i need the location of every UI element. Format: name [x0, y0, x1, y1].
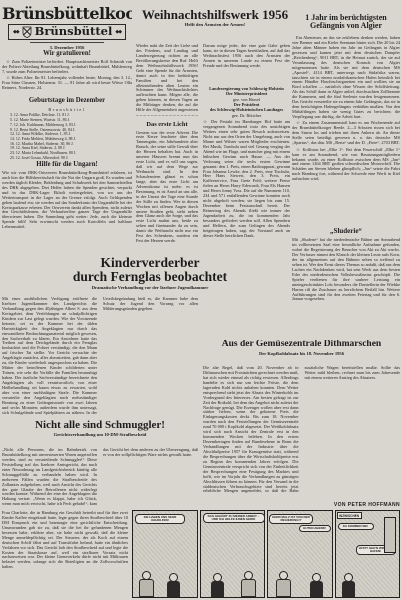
headline-line: Nicht alle sind Schmuggler! [2, 420, 198, 431]
ornament-right: ◆◆ [115, 29, 121, 35]
article-body: Mit einer ausführlichen Verfügung eröffn… [2, 297, 198, 416]
headline-line: Kinderverderber [30, 256, 270, 270]
issue-date: 3. Dezember 1956 [30, 42, 104, 50]
comic-credit: VON PETER HOFFMANN [250, 502, 400, 508]
article-body: „Nicht alle Personen, die im Bahnbezirk … [2, 448, 198, 508]
masthead: Brünsbüttelkoog ◆◆ Brünsbüttel ◆◆ 3. Dez… [2, 6, 132, 50]
comic-panel: DAS GEHÖRT ZU MEINER ARBEIT – UND ICH HE… [200, 510, 266, 598]
comic-panel: HERR MALZ IST VON DER REGIERUNG!? GUTEN … [267, 510, 333, 598]
headline-kicker: Dramatische Verhandlung vor der Itzehoer… [30, 285, 270, 290]
masthead-title: Brünsbüttelkoog [2, 6, 132, 22]
article-gemuese-head: Aus der Gemüsezentrale Dithmarschen Der … [203, 340, 400, 358]
whw-text-a: Wieder naht die Zeit der Liebe und des F… [136, 44, 198, 112]
article-schmuggler-head: Nicht alle sind Schmuggler! Gerichtsverh… [2, 420, 198, 440]
speech-bubble: HERR MALZ IST VON DER REGIERUNG!? [269, 514, 313, 524]
article-gratulieren: Wir gratulieren! ☆ Zum Polizeimeister be… [2, 50, 132, 95]
paragraph: ☆ Kollision bei „Elbe 1“. Bei dem Feuers… [292, 148, 400, 183]
masthead-subtitle: Brünsbüttel [35, 26, 113, 38]
article-schmuggler-continuation: Frau Charlotte, die in Hamburg ein Gesch… [2, 511, 128, 600]
comic-figure [342, 573, 355, 597]
signature-block: Landesregierung von Schleswig-Holstein D… [203, 86, 290, 118]
article-body: Mit „Sluderie“ hat die niederdeutsche Bü… [292, 238, 400, 333]
comic-figure [310, 573, 323, 597]
article-gemuese-body: Die alte Regel, daß vom 20. November ab … [203, 366, 400, 498]
headline-kicker: Gerichtsverhandlung um 10-DM-Strafbesche… [2, 432, 198, 437]
article-body: ☆ Zum Polizeimeister befördert. Hauptwac… [2, 60, 132, 91]
comic-figure [211, 573, 224, 597]
comic-figure [167, 573, 180, 597]
speech-bubble: GUTEN ABEND! [299, 525, 331, 532]
comic-panel: SIE HABEN UNS SEHR GEHOLFEN! [132, 510, 198, 598]
main-headline: Weihnachtshilfswerk 1956 [136, 8, 294, 21]
article-kinderverderber-body: Mit einer ausführlichen Verfügung eröffn… [2, 297, 198, 416]
headline-line: Gefängnis von Algier [292, 22, 400, 30]
section-heading: Hilfe für die Ungarn! [2, 161, 132, 168]
article-schmuggler-body: „Nicht alle Personen, die im Bahnbezirk … [2, 448, 198, 508]
speech-bubble: DA KOMMEN SIE! [338, 523, 374, 530]
erste-licht-text: Gestern war der erste Advent. Die erste … [136, 131, 198, 249]
signature-line: des Schleswig-Holsteinischen Landtages [203, 107, 290, 112]
headline-line: durch Fernglas beobachtet [30, 270, 270, 284]
article-algier-head: 1 Jahr im berüchtigsten Gefängnis von Al… [292, 14, 400, 30]
wavy-separator: ~~~~~~~~~~~~~~~~~~~~~~~~ [136, 114, 198, 119]
article-whw-head: Weihnachtshilfswerk 1956 Helft den Ärmst… [136, 8, 294, 30]
ornament-left: ◆◆ [13, 29, 19, 35]
whw-text-b: Darum möge jeder, der eine gute Gabe geb… [203, 44, 290, 84]
door-shape [384, 517, 396, 553]
comic-panel: INZWISCHEN DA KOMMEN SIE! JETZT GEH'N WI… [335, 510, 401, 598]
paragraph: ☆ Zu einem Zusammenstoß kam es am Wochen… [292, 121, 400, 146]
article-sluderie: „Sluderie“ Mit „Sluderie“ hat die nieder… [292, 228, 400, 336]
article-body: Die alte Regel, daß vom 20. November ab … [203, 366, 400, 498]
list-item: 25. 12. Josef Gosau, Albersdorf, 90 J. [10, 156, 124, 159]
article-ungarn: Hilfe für die Ungarn! Wie wir vom DRK-Or… [2, 161, 132, 253]
section-heading: „Sluderie“ [292, 228, 400, 236]
article-kinderverderber-head: Kinderverderber durch Fernglas beobachte… [30, 256, 270, 292]
paragraph: ☆ Zum Polizeimeister befördert. Hauptwac… [2, 60, 132, 75]
section-heading: Wir gratulieren! [2, 50, 132, 57]
signature-line: gez. Dr. Böttcher [203, 113, 290, 118]
speech-bubble: SIE HABEN UNS SEHR GEHOLFEN! [135, 514, 185, 524]
paragraph: Ein Abenteuer, an das sie zeitlebens den… [292, 36, 400, 120]
masthead-crest-icon [22, 26, 32, 38]
masthead-strip: ◆◆ Brünsbüttel ◆◆ [8, 24, 126, 40]
article-body: Wie wir vom DRK-Ortsverein Brunsbüttelko… [2, 171, 132, 230]
section-heading: Das erste Licht [136, 121, 198, 128]
article-algier-body: Ein Abenteuer, an das sie zeitlebens den… [292, 36, 400, 226]
headline-kicker: Der Kopfkohlabsatz bis 18. November 1956 [203, 351, 400, 356]
speech-bubble: DAS GEHÖRT ZU MEINER ARBEIT – UND ICH HE… [203, 513, 265, 523]
section-heading: Geburtstage im Dezember [2, 97, 132, 104]
comic-figure [139, 571, 154, 597]
birthday-list: 3. 12. Anna Pohlke, Deichstr. 11, 81 J. … [2, 113, 132, 159]
headline-line: Aus der Gemüsezentrale Dithmarschen [203, 340, 400, 350]
article-geburtstage: Geburtstage im Dezember Brunsbüttel 3. 1… [2, 97, 132, 159]
festakt-text: ☆ Der Festakt im Hamburger Hof hatte am … [203, 120, 290, 326]
comic-figure [241, 571, 256, 597]
column-mid-a: Wieder naht die Zeit der Liebe und des F… [136, 44, 198, 254]
paragraph: ☆ Hohes Alter. Ihr 81. Lebensjahr vollen… [2, 76, 132, 91]
comic-strip: SIE HABEN UNS SEHR GEHOLFEN! DAS GEHÖRT … [132, 510, 400, 598]
place-subheading: Brunsbüttel [2, 107, 132, 112]
headline-kicker: Helft den Ärmsten der Armen! [136, 22, 294, 27]
panel-caption: INZWISCHEN [337, 512, 362, 519]
comic-figure [276, 571, 291, 597]
newspaper-page: Brünsbüttelkoog ◆◆ Brünsbüttel ◆◆ 3. Dez… [0, 0, 402, 600]
column-mid-b: Darum möge jeder, der eine gute Gabe geb… [203, 44, 290, 336]
